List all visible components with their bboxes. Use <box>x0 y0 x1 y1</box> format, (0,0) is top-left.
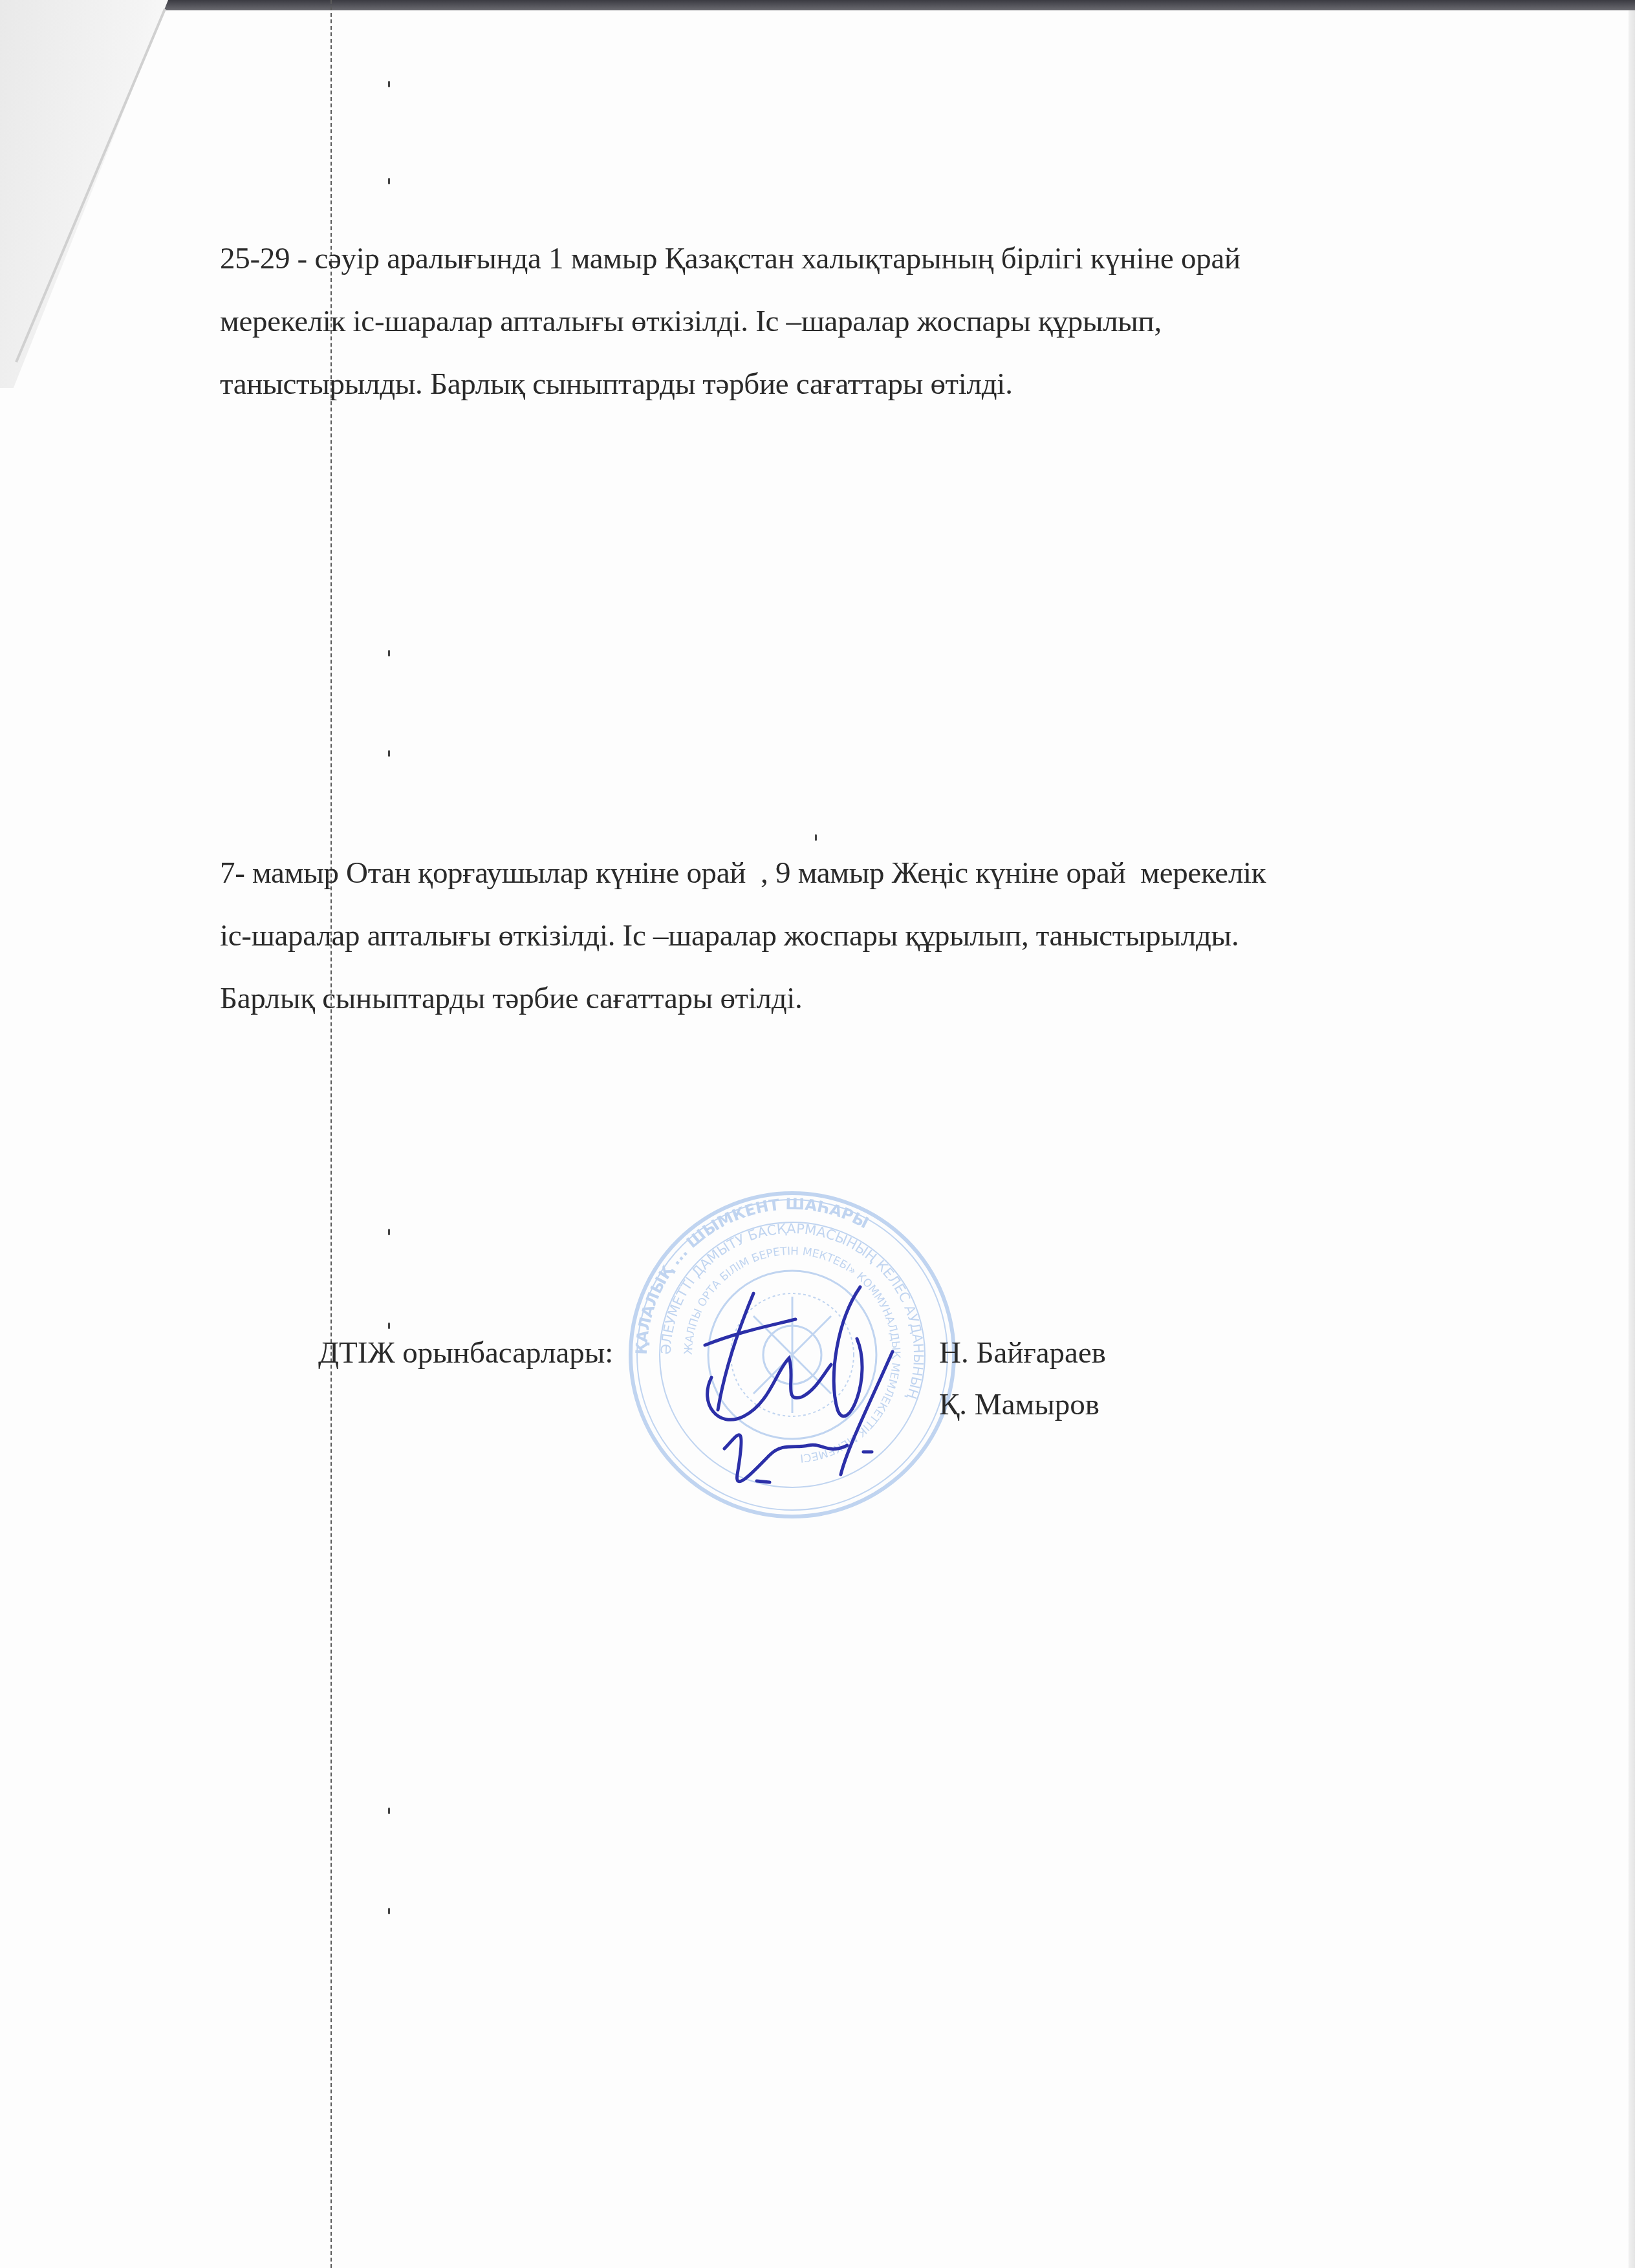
signature-title: ДТІЖ орынбасарлары: <box>318 1335 613 1370</box>
paragraph-line: мерекелік іс-шаралар апталығы өткізілді.… <box>220 290 1572 353</box>
scan-speck <box>388 1908 390 1914</box>
scan-speck <box>388 1808 390 1814</box>
handwritten-signatures-icon <box>698 1280 931 1500</box>
scan-speck <box>388 650 390 656</box>
signatory-name: Н. Байғараев <box>939 1335 1106 1370</box>
scan-right-edge <box>1629 10 1635 2268</box>
paragraph-line: Барлық сыныптарды тәрбие сағаттары өтілд… <box>220 967 1572 1030</box>
scan-speck <box>388 178 390 184</box>
paragraph-line: іс-шаралар апталығы өткізілді. Іс –шарал… <box>220 905 1572 967</box>
scan-speck <box>388 81 390 87</box>
scan-speck <box>388 750 390 757</box>
scan-speck <box>388 1323 390 1329</box>
paragraph-may-events: 7- мамыр Отан қорғаушылар күніне орай , … <box>220 842 1572 1030</box>
scan-top-edge <box>162 0 1635 10</box>
paragraph-line: 7- мамыр Отан қорғаушылар күніне орай , … <box>220 842 1572 905</box>
fold-crease <box>0 0 168 388</box>
scan-speck <box>388 1229 390 1235</box>
paragraph-line: 25-29 - сәуір аралығында 1 мамыр Қазақст… <box>220 228 1572 290</box>
scan-speck <box>815 834 817 841</box>
signatory-name: Қ. Мамыров <box>939 1387 1099 1422</box>
paragraph-line: таныстырылды. Барлық сыныптарды тәрбие с… <box>220 353 1572 416</box>
paragraph-april-events: 25-29 - сәуір аралығында 1 мамыр Қазақст… <box>220 228 1572 416</box>
